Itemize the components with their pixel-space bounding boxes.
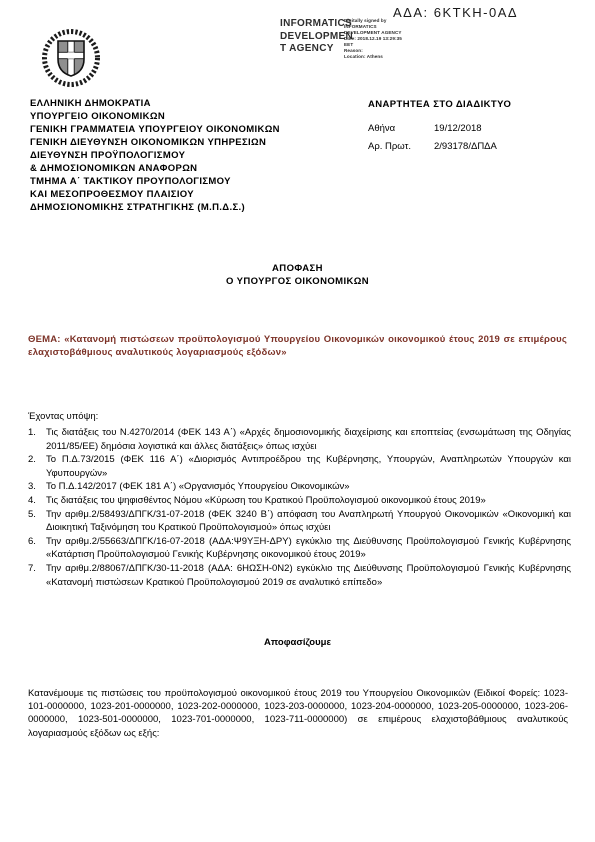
list-item: 1. Τις διατάξεις του Ν.4270/2014 (ΦΕΚ 14…	[28, 426, 571, 453]
list-item: 5. Την αριθμ.2/58493/ΔΠΓΚ/31-07-2018 (ΦΕ…	[28, 508, 571, 535]
signature-details: Digitally signed by INFORMATICS DEVELOPM…	[344, 18, 428, 60]
list-item-text: Την αριθμ.2/55663/ΔΠΓΚ/16-07-2018 (ΑΔΑ:Ψ…	[46, 535, 571, 562]
date-row: Αθήνα 19/12/2018	[368, 123, 578, 134]
list-item-text: Το Π.Δ.142/2017 (ΦΕΚ 181 Α΄) «Οργανισμός…	[46, 480, 571, 494]
ministry-header: ΕΛΛΗΝΙΚΗ ΔΗΜΟΚΡΑΤΙΑ ΥΠΟΥΡΓΕΙΟ ΟΙΚΟΝΟΜΙΚΩ…	[30, 97, 280, 214]
list-item-text: Το Π.Δ.73/2015 (ΦΕΚ 116 Α΄) «Διορισμός Α…	[46, 453, 571, 480]
list-item-number: 5.	[28, 508, 46, 535]
ministry-header-line: ΤΜΗΜΑ Α΄ ΤΑΚΤΙΚΟΥ ΠΡΟΥΠΟΛΟΓΙΣΜΟΥ	[30, 175, 280, 188]
list-item: 4. Τις διατάξεις του ψηφισθέντος Νόμου «…	[28, 494, 571, 508]
greek-emblem-logo	[39, 25, 103, 89]
list-item: 7. Την αριθμ.2/88067/ΔΠΓΚ/30-11-2018 (ΑΔ…	[28, 562, 571, 589]
list-item-number: 7.	[28, 562, 46, 589]
document-meta: ΑΝΑΡΤΗΤΕΑ ΣΤΟ ΔΙΑΔΙΚΤΥΟ Αθήνα 19/12/2018…	[368, 99, 578, 159]
list-item-number: 6.	[28, 535, 46, 562]
legal-basis-list: 1. Τις διατάξεις του Ν.4270/2014 (ΦΕΚ 14…	[28, 426, 571, 589]
decision-heading: ΑΠΟΦΑΣΗ Ο ΥΠΟΥΡΓΟΣ ΟΙΚΟΝΟΜΙΚΩΝ	[0, 263, 595, 288]
ministry-header-line: ΥΠΟΥΡΓΕΙΟ ΟΙΚΟΝΟΜΙΚΩΝ	[30, 110, 280, 123]
ministry-header-line: ΕΛΛΗΝΙΚΗ ΔΗΜΟΚΡΑΤΙΑ	[30, 97, 280, 110]
emblem-wreath-cross-icon	[39, 25, 103, 89]
signature-agency-line: INFORMATICS	[280, 18, 338, 31]
list-item: 3. Το Π.Δ.142/2017 (ΦΕΚ 181 Α΄) «Οργανισ…	[28, 480, 571, 494]
operative-paragraph: Κατανέμουμε τις πιστώσεις του προϋπολογι…	[28, 687, 568, 740]
list-item-text: Την αριθμ.2/88067/ΔΠΓΚ/30-11-2018 (ΑΔΑ: …	[46, 562, 571, 589]
signature-agency-name: INFORMATICS DEVELOPMEN T AGENCY	[280, 18, 338, 60]
protocol-value: 2/93178/ΔΠΔΑ	[434, 141, 497, 152]
signature-agency-line: T AGENCY	[280, 43, 338, 56]
list-item-number: 3.	[28, 480, 46, 494]
ministry-header-line: ΔΗΜΟΣΙΟΝΟΜΙΚΗΣ ΣΤΡΑΤΗΓΙΚΗΣ (Μ.Π.Δ.Σ.)	[30, 201, 280, 214]
protocol-label: Αρ. Πρωτ.	[368, 141, 434, 152]
ministry-header-line: ΓΕΝΙΚΗ ΓΡΑΜΜΑΤΕΙΑ ΥΠΟΥΡΓΕΙΟΥ ΟΙΚΟΝΟΜΙΚΩΝ	[30, 123, 280, 136]
city-label: Αθήνα	[368, 123, 434, 134]
decision-title: ΑΠΟΦΑΣΗ	[0, 263, 595, 276]
digital-signature-stamp: INFORMATICS DEVELOPMEN T AGENCY Digitall…	[280, 18, 428, 60]
list-item-text: Τις διατάξεις του Ν.4270/2014 (ΦΕΚ 143 Α…	[46, 426, 571, 453]
list-item-number: 2.	[28, 453, 46, 480]
decision-subtitle: Ο ΥΠΟΥΡΓΟΣ ΟΙΚΟΝΟΜΙΚΩΝ	[0, 276, 595, 289]
signature-agency-line: DEVELOPMEN	[280, 31, 338, 44]
publish-notice: ΑΝΑΡΤΗΤΕΑ ΣΤΟ ΔΙΑΔΙΚΤΥΟ	[368, 99, 578, 110]
list-item-text: Τις διατάξεις του ψηφισθέντος Νόμου «Κύρ…	[46, 494, 571, 508]
date-value: 19/12/2018	[434, 123, 482, 134]
ministry-header-line: ΚΑΙ ΜΕΣΟΠΡΟΘΕΣΜΟΥ ΠΛΑΙΣΙΟΥ	[30, 188, 280, 201]
list-item-number: 4.	[28, 494, 46, 508]
preamble-intro: Έχοντας υπόψη:	[28, 410, 98, 423]
document-page: ΑΔΑ: 6ΚΤΚΗ-0ΑΔ INFORMATICS DEVELOPMEN T …	[0, 0, 595, 842]
list-item-text: Την αριθμ.2/58493/ΔΠΓΚ/31-07-2018 (ΦΕΚ 3…	[46, 508, 571, 535]
signature-detail-line: Location: Athens	[344, 54, 428, 60]
protocol-row: Αρ. Πρωτ. 2/93178/ΔΠΔΑ	[368, 141, 578, 152]
ministry-header-line: ΔΙΕΥΘΥΝΣΗ ΠΡΟΫΠΟΛΟΓΙΣΜΟΥ	[30, 149, 280, 162]
operative-heading: Αποφασίζουμε	[0, 637, 595, 648]
list-item: 6. Την αριθμ.2/55663/ΔΠΓΚ/16-07-2018 (ΑΔ…	[28, 535, 571, 562]
ministry-header-line: ΓΕΝΙΚΗ ΔΙΕΥΘΥΝΣΗ ΟΙΚΟΝΟΜΙΚΩΝ ΥΠΗΡΕΣΙΩΝ	[30, 136, 280, 149]
list-item-number: 1.	[28, 426, 46, 453]
list-item: 2. Το Π.Δ.73/2015 (ΦΕΚ 116 Α΄) «Διορισμό…	[28, 453, 571, 480]
subject-paragraph: ΘΕΜΑ: «Κατανομή πιστώσεων προϋπολογισμού…	[28, 333, 567, 359]
ministry-header-line: & ΔΗΜΟΣΙΟΝΟΜΙΚΩΝ ΑΝΑΦΟΡΩΝ	[30, 162, 280, 175]
